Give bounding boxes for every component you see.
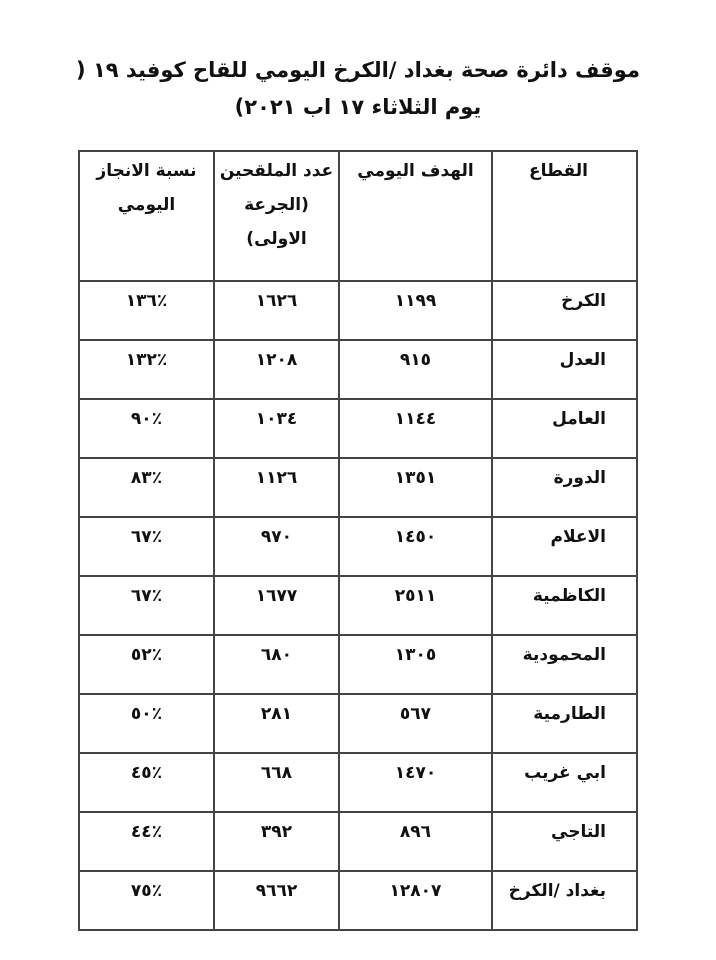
cell-target: ١٢٨٠٧ [339, 871, 492, 930]
cell-percent: ٪٨٣ [79, 458, 214, 517]
cell-percent: ٪٦٧ [79, 517, 214, 576]
cell-vaccinated: ١٠٣٤ [214, 399, 339, 458]
table-header-row: القطاع الهدف اليومي عدد الملقحين (الجرعة… [79, 151, 637, 281]
cell-sector: العدل [492, 340, 637, 399]
cell-sector: بغداد /الكرخ [492, 871, 637, 930]
cell-vaccinated: ٩٦٦٢ [214, 871, 339, 930]
table-row: الطارمية ٥٦٧ ٢٨١ ٪٥٠ [79, 694, 637, 753]
header-vaccinated-line-2: (الجرعة [215, 188, 338, 222]
header-sector: القطاع [492, 151, 637, 281]
header-vaccinated-line-1: عدد الملقحين [215, 154, 338, 188]
table-row: الاعلام ١٤٥٠ ٩٧٠ ٪٦٧ [79, 517, 637, 576]
cell-target: ١٤٥٠ [339, 517, 492, 576]
header-daily-target: الهدف اليومي [339, 151, 492, 281]
cell-sector: العامل [492, 399, 637, 458]
header-vaccinated-line-3: الاولى) [215, 222, 338, 256]
table-row: الدورة ١٣٥١ ١١٢٦ ٪٨٣ [79, 458, 637, 517]
cell-sector: الكرخ [492, 281, 637, 340]
table-row: المحمودية ١٣٠٥ ٦٨٠ ٪٥٢ [79, 635, 637, 694]
table-row: التاجي ٨٩٦ ٣٩٢ ٪٤٤ [79, 812, 637, 871]
cell-target: ٢٥١١ [339, 576, 492, 635]
table-row: الكرخ ١١٩٩ ١٦٢٦ ٪١٣٦ [79, 281, 637, 340]
cell-vaccinated: ١٢٠٨ [214, 340, 339, 399]
cell-target: ١١٩٩ [339, 281, 492, 340]
cell-sector: الدورة [492, 458, 637, 517]
table-row-total: بغداد /الكرخ ١٢٨٠٧ ٩٦٦٢ ٪٧٥ [79, 871, 637, 930]
cell-vaccinated: ١٦٢٦ [214, 281, 339, 340]
cell-sector: الاعلام [492, 517, 637, 576]
cell-vaccinated: ٢٨١ [214, 694, 339, 753]
cell-percent: ٪٩٠ [79, 399, 214, 458]
table-row: العدل ٩١٥ ١٢٠٨ ٪١٣٢ [79, 340, 637, 399]
cell-vaccinated: ٦٦٨ [214, 753, 339, 812]
cell-vaccinated: ٣٩٢ [214, 812, 339, 871]
cell-sector: ابي غريب [492, 753, 637, 812]
cell-vaccinated: ٦٨٠ [214, 635, 339, 694]
cell-percent: ٪٤٤ [79, 812, 214, 871]
cell-vaccinated: ٩٧٠ [214, 517, 339, 576]
header-achievement-rate: نسبة الانجاز اليومي [79, 151, 214, 281]
document-title-line-2: يوم الثلاثاء ١٧ اب ٢٠٢١) [40, 92, 676, 122]
cell-sector: الكاظمية [492, 576, 637, 635]
cell-target: ٩١٥ [339, 340, 492, 399]
cell-target: ١١٤٤ [339, 399, 492, 458]
cell-percent: ٪٤٥ [79, 753, 214, 812]
cell-vaccinated: ١٦٧٧ [214, 576, 339, 635]
table-row: العامل ١١٤٤ ١٠٣٤ ٪٩٠ [79, 399, 637, 458]
cell-sector: المحمودية [492, 635, 637, 694]
cell-percent: ٪٧٥ [79, 871, 214, 930]
cell-sector: التاجي [492, 812, 637, 871]
header-achievement-line-2: اليومي [80, 188, 213, 222]
document-title-line-1: موقف دائرة صحة بغداد /الكرخ اليومي للقاح… [40, 55, 676, 85]
cell-percent: ٪١٣٦ [79, 281, 214, 340]
cell-target: ٨٩٦ [339, 812, 492, 871]
cell-target: ٥٦٧ [339, 694, 492, 753]
vaccination-report-table: القطاع الهدف اليومي عدد الملقحين (الجرعة… [78, 150, 638, 931]
cell-percent: ٪١٣٢ [79, 340, 214, 399]
cell-target: ١٣٠٥ [339, 635, 492, 694]
cell-percent: ٪٥٢ [79, 635, 214, 694]
table-row: ابي غريب ١٤٧٠ ٦٦٨ ٪٤٥ [79, 753, 637, 812]
header-vaccinated-count: عدد الملقحين (الجرعة الاولى) [214, 151, 339, 281]
table-row: الكاظمية ٢٥١١ ١٦٧٧ ٪٦٧ [79, 576, 637, 635]
cell-sector: الطارمية [492, 694, 637, 753]
cell-target: ١٤٧٠ [339, 753, 492, 812]
header-achievement-line-1: نسبة الانجاز [80, 154, 213, 188]
cell-target: ١٣٥١ [339, 458, 492, 517]
cell-percent: ٪٦٧ [79, 576, 214, 635]
cell-percent: ٪٥٠ [79, 694, 214, 753]
cell-vaccinated: ١١٢٦ [214, 458, 339, 517]
